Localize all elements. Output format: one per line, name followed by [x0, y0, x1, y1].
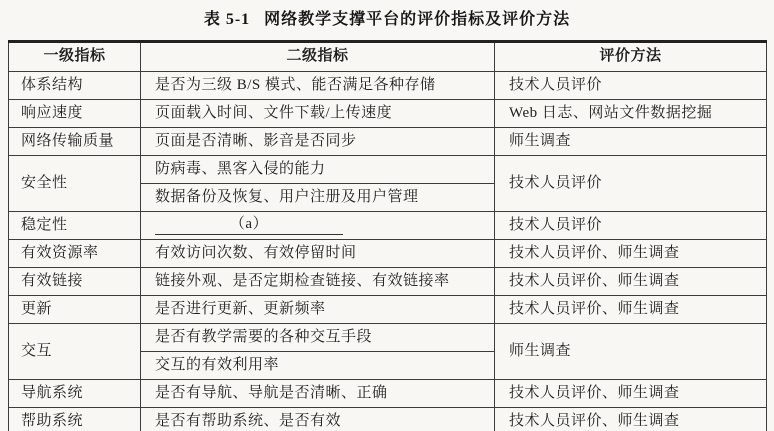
table-row: 有效资源率 有效访问次数、有效停留时间 技术人员评价、师生调查 [9, 240, 767, 268]
indicator-cell: 更新 [9, 296, 141, 324]
indicator-cell: 体系结构 [9, 72, 141, 100]
table-number: 表 5-1 [204, 11, 250, 28]
sub-indicator-cell: 是否进行更新、更新频率 [141, 296, 495, 324]
table-row: 帮助系统 是否有帮助系统、是否有效 技术人员评价、师生调查 [9, 408, 767, 431]
table-row: 交互 是否有教学需要的各种交互手段 师生调查 [9, 324, 767, 352]
indicator-cell: 响应速度 [9, 100, 141, 128]
method-cell: 技术人员评价、师生调查 [495, 268, 767, 296]
sub-indicator-cell: 是否有教学需要的各种交互手段 [141, 324, 495, 352]
sub-indicator-cell: 数据备份及恢复、用户注册及用户管理 [141, 184, 495, 212]
sub-indicator-cell: （a） [141, 212, 495, 240]
indicator-cell: 导航系统 [9, 380, 141, 408]
table-row: 体系结构 是否为三级 B/S 模式、能否满足各种存储 技术人员评价 [9, 72, 767, 100]
method-cell: 技术人员评价 [495, 72, 767, 100]
indicator-cell: 安全性 [9, 156, 141, 212]
indicator-cell: 网络传输质量 [9, 128, 141, 156]
sub-indicator-cell: 是否为三级 B/S 模式、能否满足各种存储 [141, 72, 495, 100]
indicator-cell: 交互 [9, 324, 141, 380]
table-row: 有效链接 链接外观、是否定期检查链接、有效链接率 技术人员评价、师生调查 [9, 268, 767, 296]
table-row: 更新 是否进行更新、更新频率 技术人员评价、师生调查 [9, 296, 767, 324]
method-cell: 技术人员评价、师生调查 [495, 296, 767, 324]
sub-indicator-cell: 有效访问次数、有效停留时间 [141, 240, 495, 268]
method-cell: 技术人员评价 [495, 212, 767, 240]
indicator-cell: 帮助系统 [9, 408, 141, 431]
evaluation-table: 一级指标 二级指标 评价方法 体系结构 是否为三级 B/S 模式、能否满足各种存… [8, 40, 767, 431]
table-row: 稳定性 （a） 技术人员评价 [9, 212, 767, 240]
sub-indicator-cell: 页面是否清晰、影音是否同步 [141, 128, 495, 156]
sub-indicator-cell: 是否有导航、导航是否清晰、正确 [141, 380, 495, 408]
method-cell: 师生调查 [495, 128, 767, 156]
method-cell: 技术人员评价 [495, 156, 767, 212]
sub-indicator-cell: 链接外观、是否定期检查链接、有效链接率 [141, 268, 495, 296]
table-row: 响应速度 页面载入时间、文件下载/上传速度 Web 日志、网站文件数据挖掘 [9, 100, 767, 128]
scanned-page: 表 5-1网络教学支撑平台的评价指标及评价方法 一级指标 二级指标 评价方法 体… [0, 0, 774, 431]
table-caption: 表 5-1网络教学支撑平台的评价指标及评价方法 [0, 6, 774, 29]
indicator-cell: 稳定性 [9, 212, 141, 240]
method-cell: 师生调查 [495, 324, 767, 380]
method-cell: 技术人员评价、师生调查 [495, 408, 767, 431]
col-header-method: 评价方法 [495, 42, 767, 72]
sub-indicator-cell: 页面载入时间、文件下载/上传速度 [141, 100, 495, 128]
col-header-level1-indicator: 一级指标 [9, 42, 141, 72]
method-cell: 技术人员评价、师生调查 [495, 380, 767, 408]
method-cell: Web 日志、网站文件数据挖掘 [495, 100, 767, 128]
sub-indicator-cell: 交互的有效利用率 [141, 352, 495, 380]
table-row: 网络传输质量 页面是否清晰、影音是否同步 师生调查 [9, 128, 767, 156]
sub-indicator-cell: 防病毒、黑客入侵的能力 [141, 156, 495, 184]
placeholder-blank-line: （a） [155, 216, 343, 235]
method-cell: 技术人员评价、师生调查 [495, 240, 767, 268]
col-header-level2-indicator: 二级指标 [141, 42, 495, 72]
table-row: 导航系统 是否有导航、导航是否清晰、正确 技术人员评价、师生调查 [9, 380, 767, 408]
header-row: 一级指标 二级指标 评价方法 [9, 42, 767, 72]
indicator-cell: 有效资源率 [9, 240, 141, 268]
table-row: 安全性 防病毒、黑客入侵的能力 技术人员评价 [9, 156, 767, 184]
indicator-cell: 有效链接 [9, 268, 141, 296]
sub-indicator-cell: 是否有帮助系统、是否有效 [141, 408, 495, 431]
table-title-text: 网络教学支撑平台的评价指标及评价方法 [264, 11, 570, 28]
